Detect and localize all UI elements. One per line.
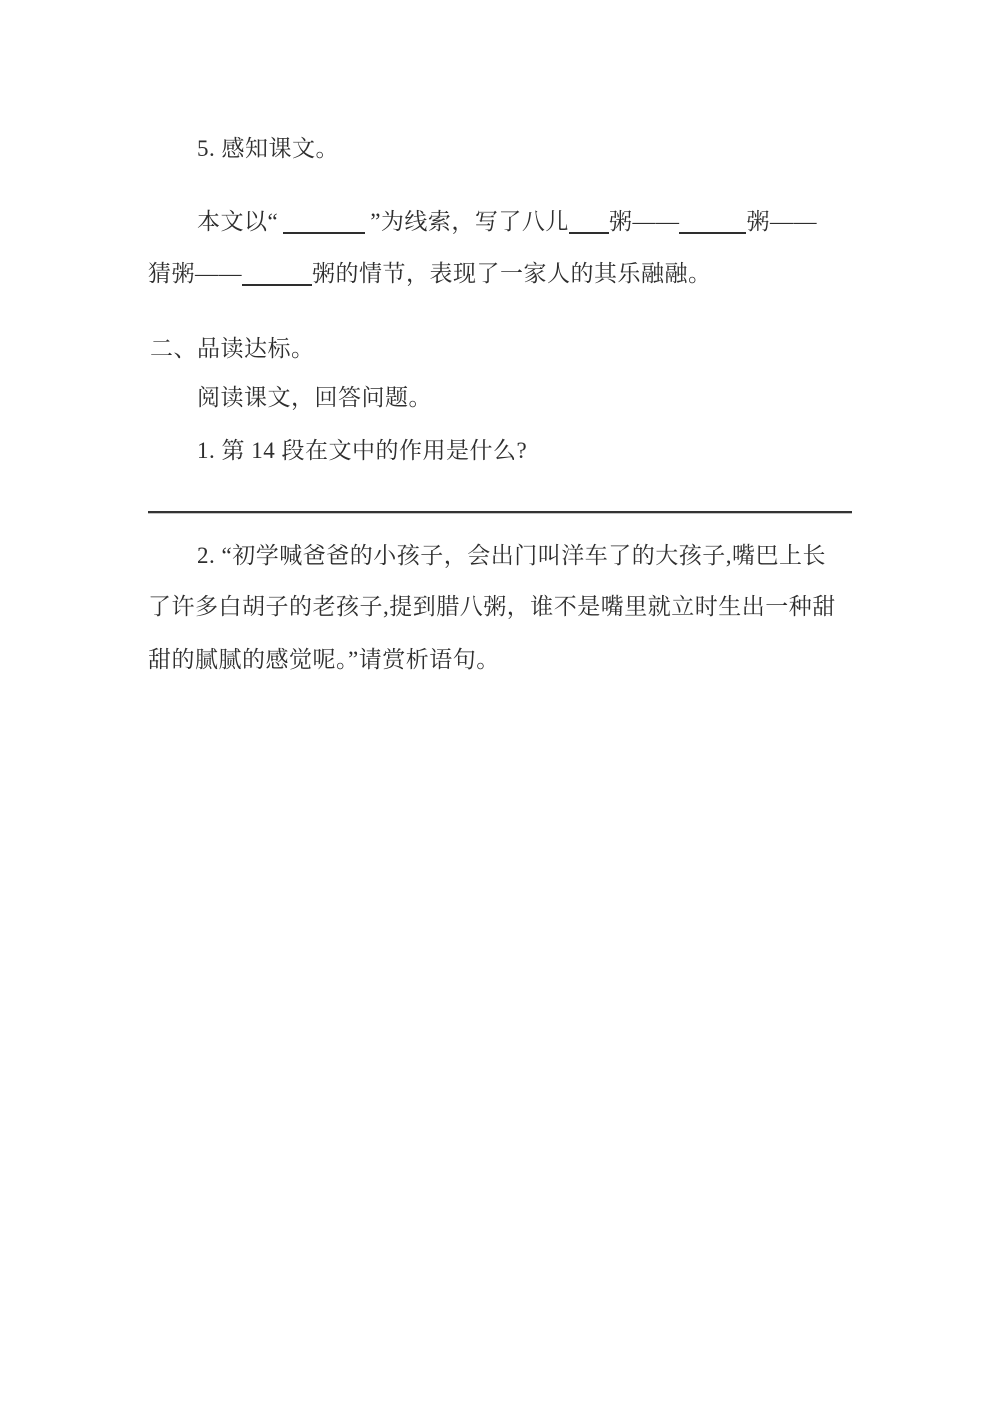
question2-line1: 2. “初学喊爸爸的小孩子，会出门叫洋车了的大孩子,嘴巴上长 [197,543,826,569]
section2-heading: 二、品读达标。 [150,336,315,362]
fill-line2-seg1: 猜粥—— [148,261,242,286]
fill-blank-4 [242,263,312,286]
question2-line2: 了许多白胡子的老孩子,提到腊八粥，谁不是嘴里就立时生出一种甜 [148,594,836,620]
fill-blank-3 [679,211,746,234]
worksheet-page: 5. 感知课文。 本文以“”为线索，写了八儿粥——粥—— 猜粥——粥的情节，表现… [0,0,1000,1415]
question1-text: 1. 第 14 段在文中的作用是什么? [197,438,527,464]
question2-line3: 甜的腻腻的感觉呢。”请赏析语句。 [148,647,500,673]
fill-line2-seg2: 粥的情节，表现了一家人的其乐融融。 [312,261,712,286]
fill-line1-seg1: 本文以“ [197,209,278,234]
item5-fill-line1: 本文以“”为线索，写了八儿粥——粥—— [197,209,817,235]
item5-heading: 5. 感知课文。 [197,136,339,162]
fill-line1-seg3: 粥—— [609,209,680,234]
section2-instruction: 阅读课文，回答问题。 [197,385,432,411]
fill-blank-2 [569,211,609,234]
fill-line1-seg2: ”为线索，写了八儿 [370,209,569,234]
fill-line1-seg4: 粥—— [746,209,817,234]
answer-rule-line [148,511,852,513]
item5-fill-line2: 猜粥——粥的情节，表现了一家人的其乐融融。 [148,261,712,287]
fill-blank-1 [283,211,365,234]
